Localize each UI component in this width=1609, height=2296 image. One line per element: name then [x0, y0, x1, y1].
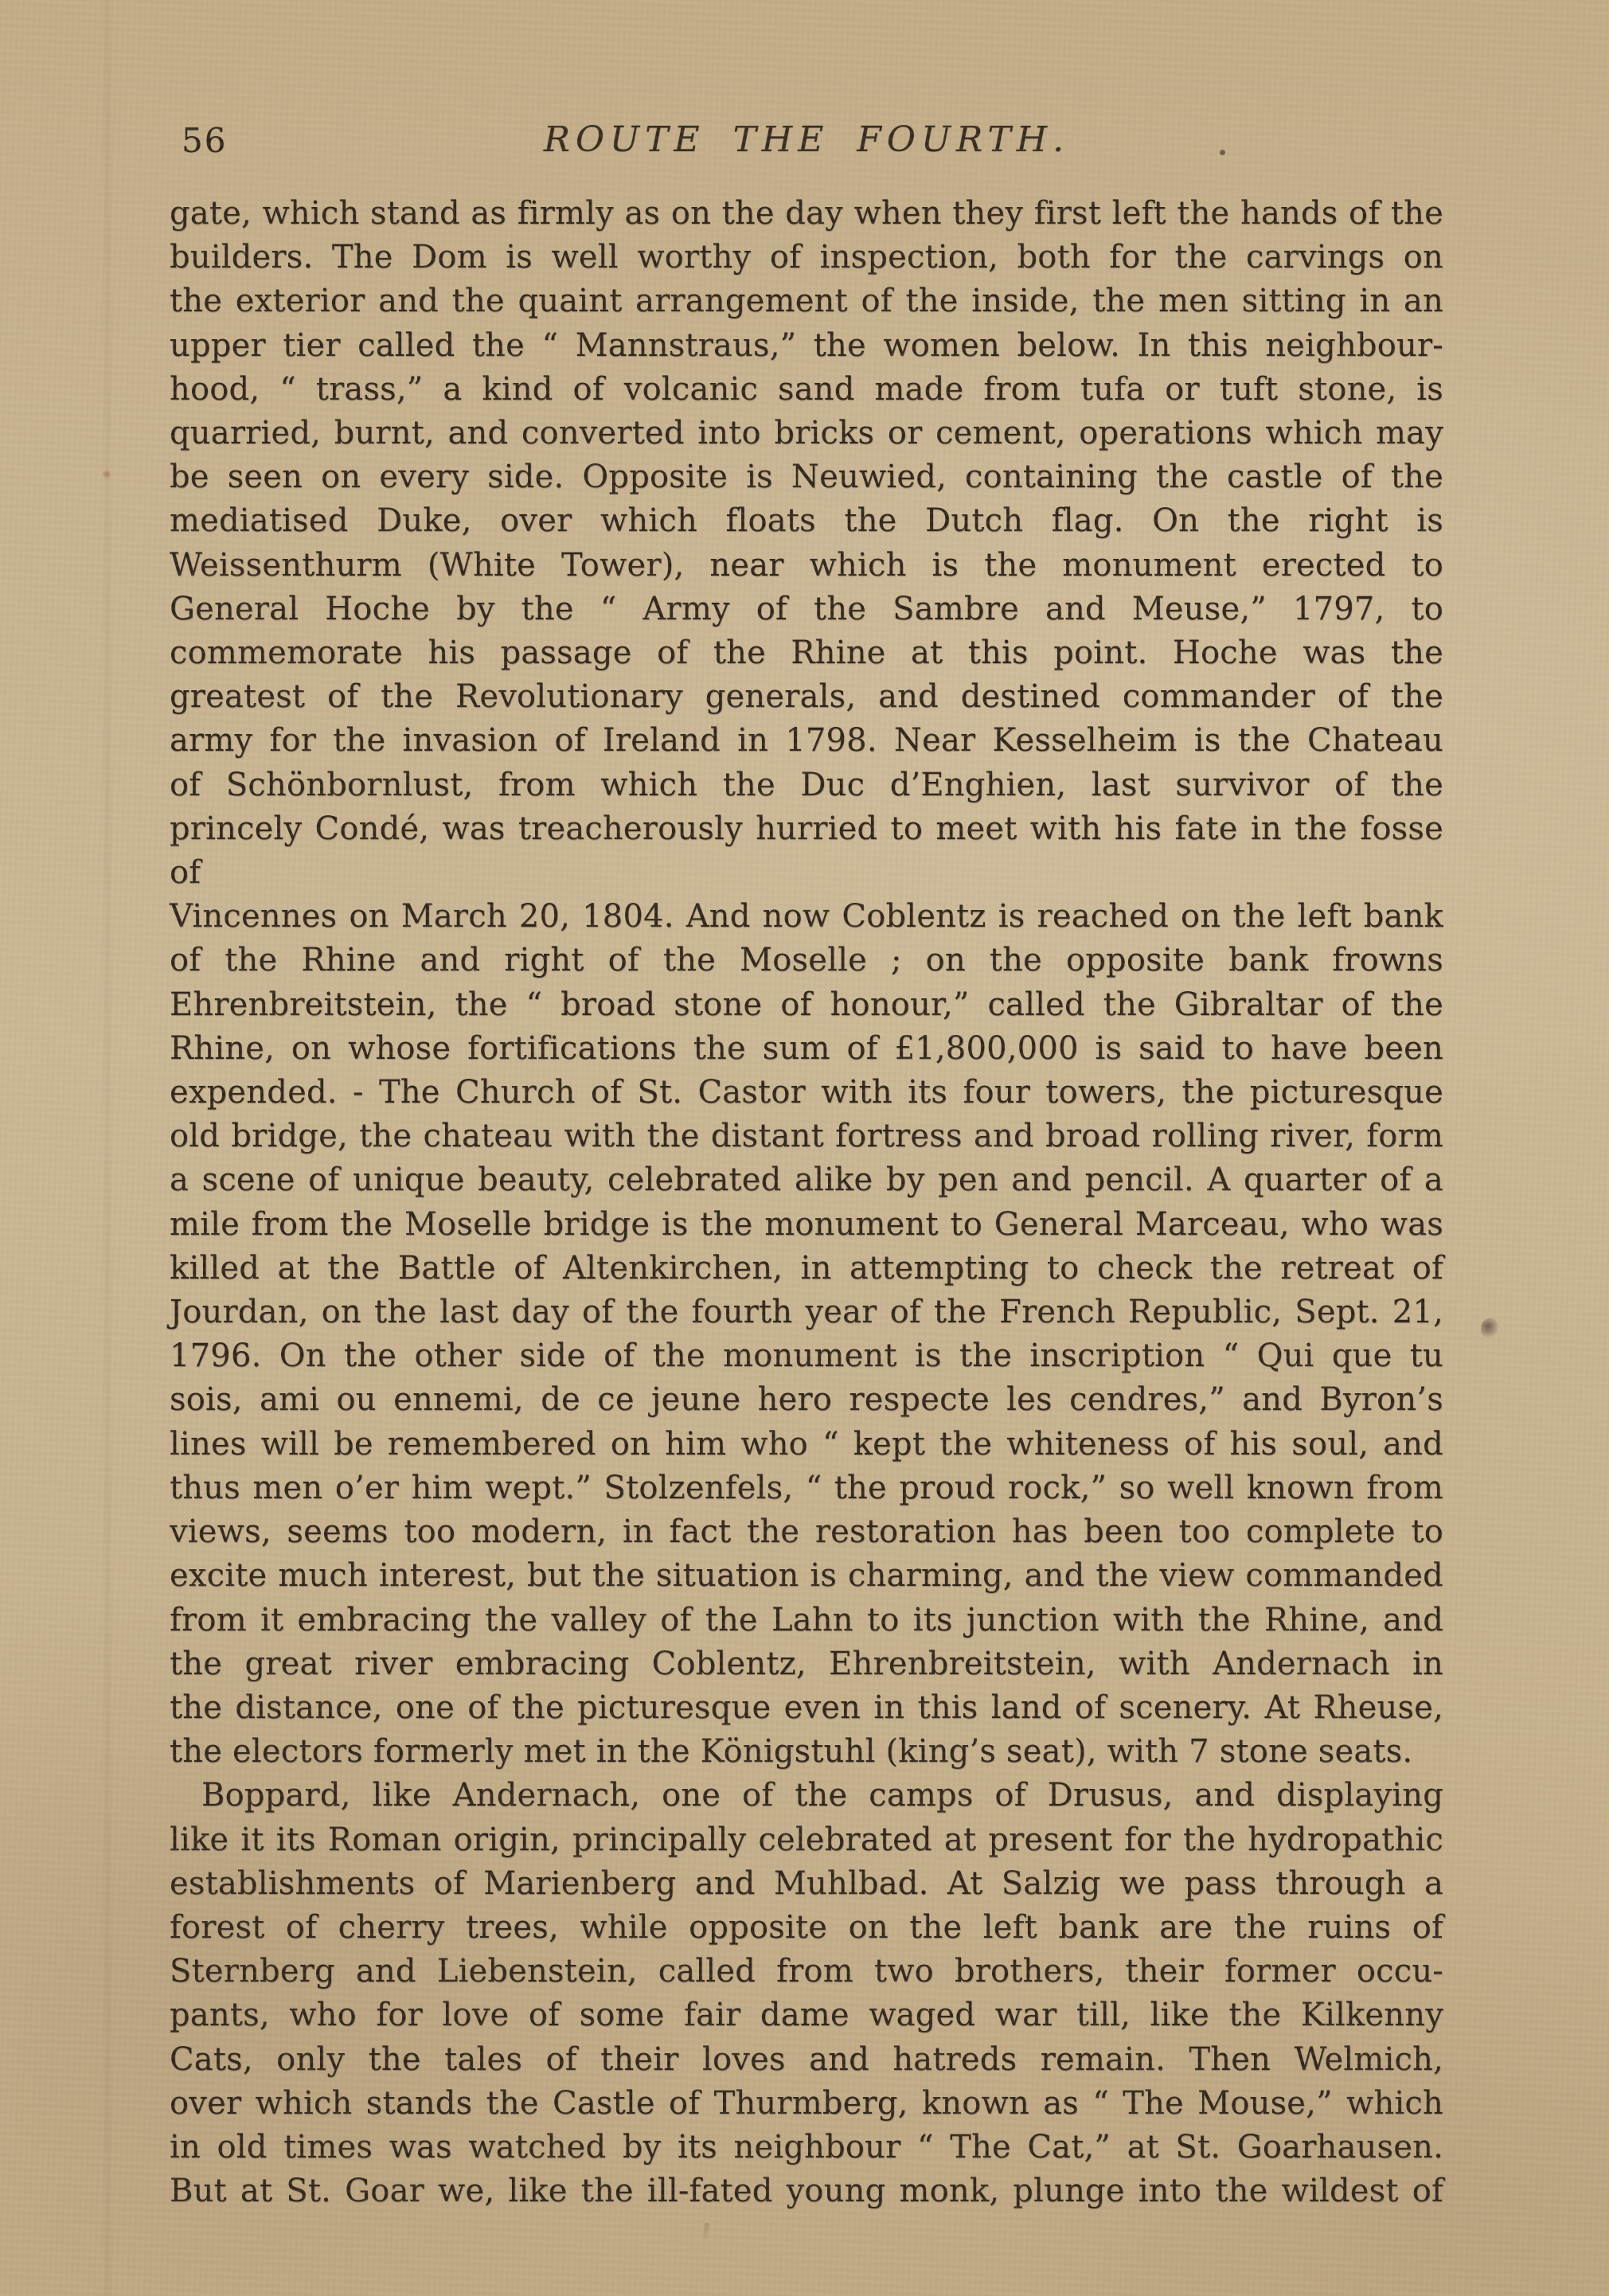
text-line: views, seems too modern, in fact the res… — [170, 1510, 1443, 1554]
text-line: greatest of the Revolutionary generals, … — [170, 675, 1443, 719]
text-line: of the Rhine and right of the Moselle ; … — [170, 939, 1443, 982]
text-line: commemorate his passage of the Rhine at … — [170, 631, 1443, 675]
text-line: like it its Roman origin, principally ce… — [170, 1818, 1443, 1862]
text-line: a scene of unique beauty, celebrated ali… — [170, 1158, 1443, 1202]
text-line: mile from the Moselle bridge is the monu… — [170, 1203, 1443, 1247]
text-line: But at St. Goar we, like the ill-fated y… — [170, 2169, 1443, 2213]
text-line: General Hoche by the “ Army of the Sambr… — [170, 588, 1443, 631]
text-line: Jourdan, on the last day of the fourth y… — [170, 1291, 1443, 1334]
text-line: Weissenthurm (White Tower), near which i… — [170, 544, 1443, 588]
text-line: pants, who for love of some fair dame wa… — [170, 1993, 1443, 2037]
text-line: killed at the Battle of Altenkirchen, in… — [170, 1247, 1443, 1291]
text-line: old bridge, the chateau with the distant… — [170, 1115, 1443, 1158]
text-line: the electors formerly met in the Königst… — [170, 1730, 1443, 1774]
text-line: Boppard, like Andernach, one of the camp… — [170, 1774, 1443, 1818]
text-block: gate, which stand as firmly as on the da… — [170, 192, 1443, 2213]
scan-mark — [703, 2223, 709, 2241]
text-line: the exterior and the quaint arrangement … — [170, 279, 1443, 323]
text-line: Sternberg and Liebenstein, called from t… — [170, 1950, 1443, 1993]
text-line: expended. - The Church of St. Castor wit… — [170, 1071, 1443, 1115]
text-line: be seen on every side. Opposite is Neuwi… — [170, 455, 1443, 499]
text-line: in old times was watched by its neighbou… — [170, 2126, 1443, 2169]
page-number: 56 — [182, 121, 227, 160]
paragraph: Boppard, like Andernach, one of the camp… — [170, 1774, 1443, 2213]
text-line: princely Condé, was treacherously hurrie… — [170, 807, 1443, 895]
text-line: Ehrenbreitstein, the “ broad stone of ho… — [170, 983, 1443, 1027]
text-line: mediatised Duke, over which floats the D… — [170, 499, 1443, 543]
text-line: the distance, one of the picturesque eve… — [170, 1686, 1443, 1730]
text-line: quarried, burnt, and converted into bric… — [170, 412, 1443, 455]
text-line: Rhine, on whose fortifications the sum o… — [170, 1027, 1443, 1071]
text-line: gate, which stand as firmly as on the da… — [170, 192, 1443, 236]
text-line: forest of cherry trees, while opposite o… — [170, 1906, 1443, 1950]
text-line: excite much interest, but the situation … — [170, 1554, 1443, 1598]
book-page: 56 ROUTE THE FOURTH. gate, which stand a… — [0, 0, 1609, 2296]
text-line: upper tier called the “ Mannstraus,” the… — [170, 324, 1443, 368]
text-line: from it embracing the valley of the Lahn… — [170, 1599, 1443, 1642]
scan-speck — [102, 470, 111, 479]
text-line: of Schönbornlust, from which the Duc d’E… — [170, 763, 1443, 807]
text-line: Cats, only the tales of their loves and … — [170, 2038, 1443, 2082]
text-line: hood, “ trass,” a kind of volcanic sand … — [170, 368, 1443, 412]
text-line: establishments of Marienberg and Muhlbad… — [170, 1862, 1443, 1906]
ink-spot — [1481, 1318, 1498, 1339]
text-line: thus men o’er him wept.” Stolzenfels, “ … — [170, 1466, 1443, 1510]
page-fold-shadow — [102, 0, 113, 2296]
text-line: Vincennes on March 20, 1804. And now Cob… — [170, 895, 1443, 939]
text-line: builders. The Dom is well worthy of insp… — [170, 236, 1443, 279]
text-line: army for the invasion of Ireland in 1798… — [170, 719, 1443, 763]
running-title: ROUTE THE FOURTH. — [170, 119, 1443, 160]
page-header: 56 ROUTE THE FOURTH. — [170, 119, 1443, 167]
text-line: sois, ami ou ennemi, de ce jeune hero re… — [170, 1378, 1443, 1422]
text-line: 1796. On the other side of the monument … — [170, 1334, 1443, 1378]
text-line: lines will be remembered on him who “ ke… — [170, 1423, 1443, 1466]
text-line: the great river embracing Coblentz, Ehre… — [170, 1642, 1443, 1686]
text-line: over which stands the Castle of Thurmber… — [170, 2082, 1443, 2126]
paragraph: gate, which stand as firmly as on the da… — [170, 192, 1443, 1774]
